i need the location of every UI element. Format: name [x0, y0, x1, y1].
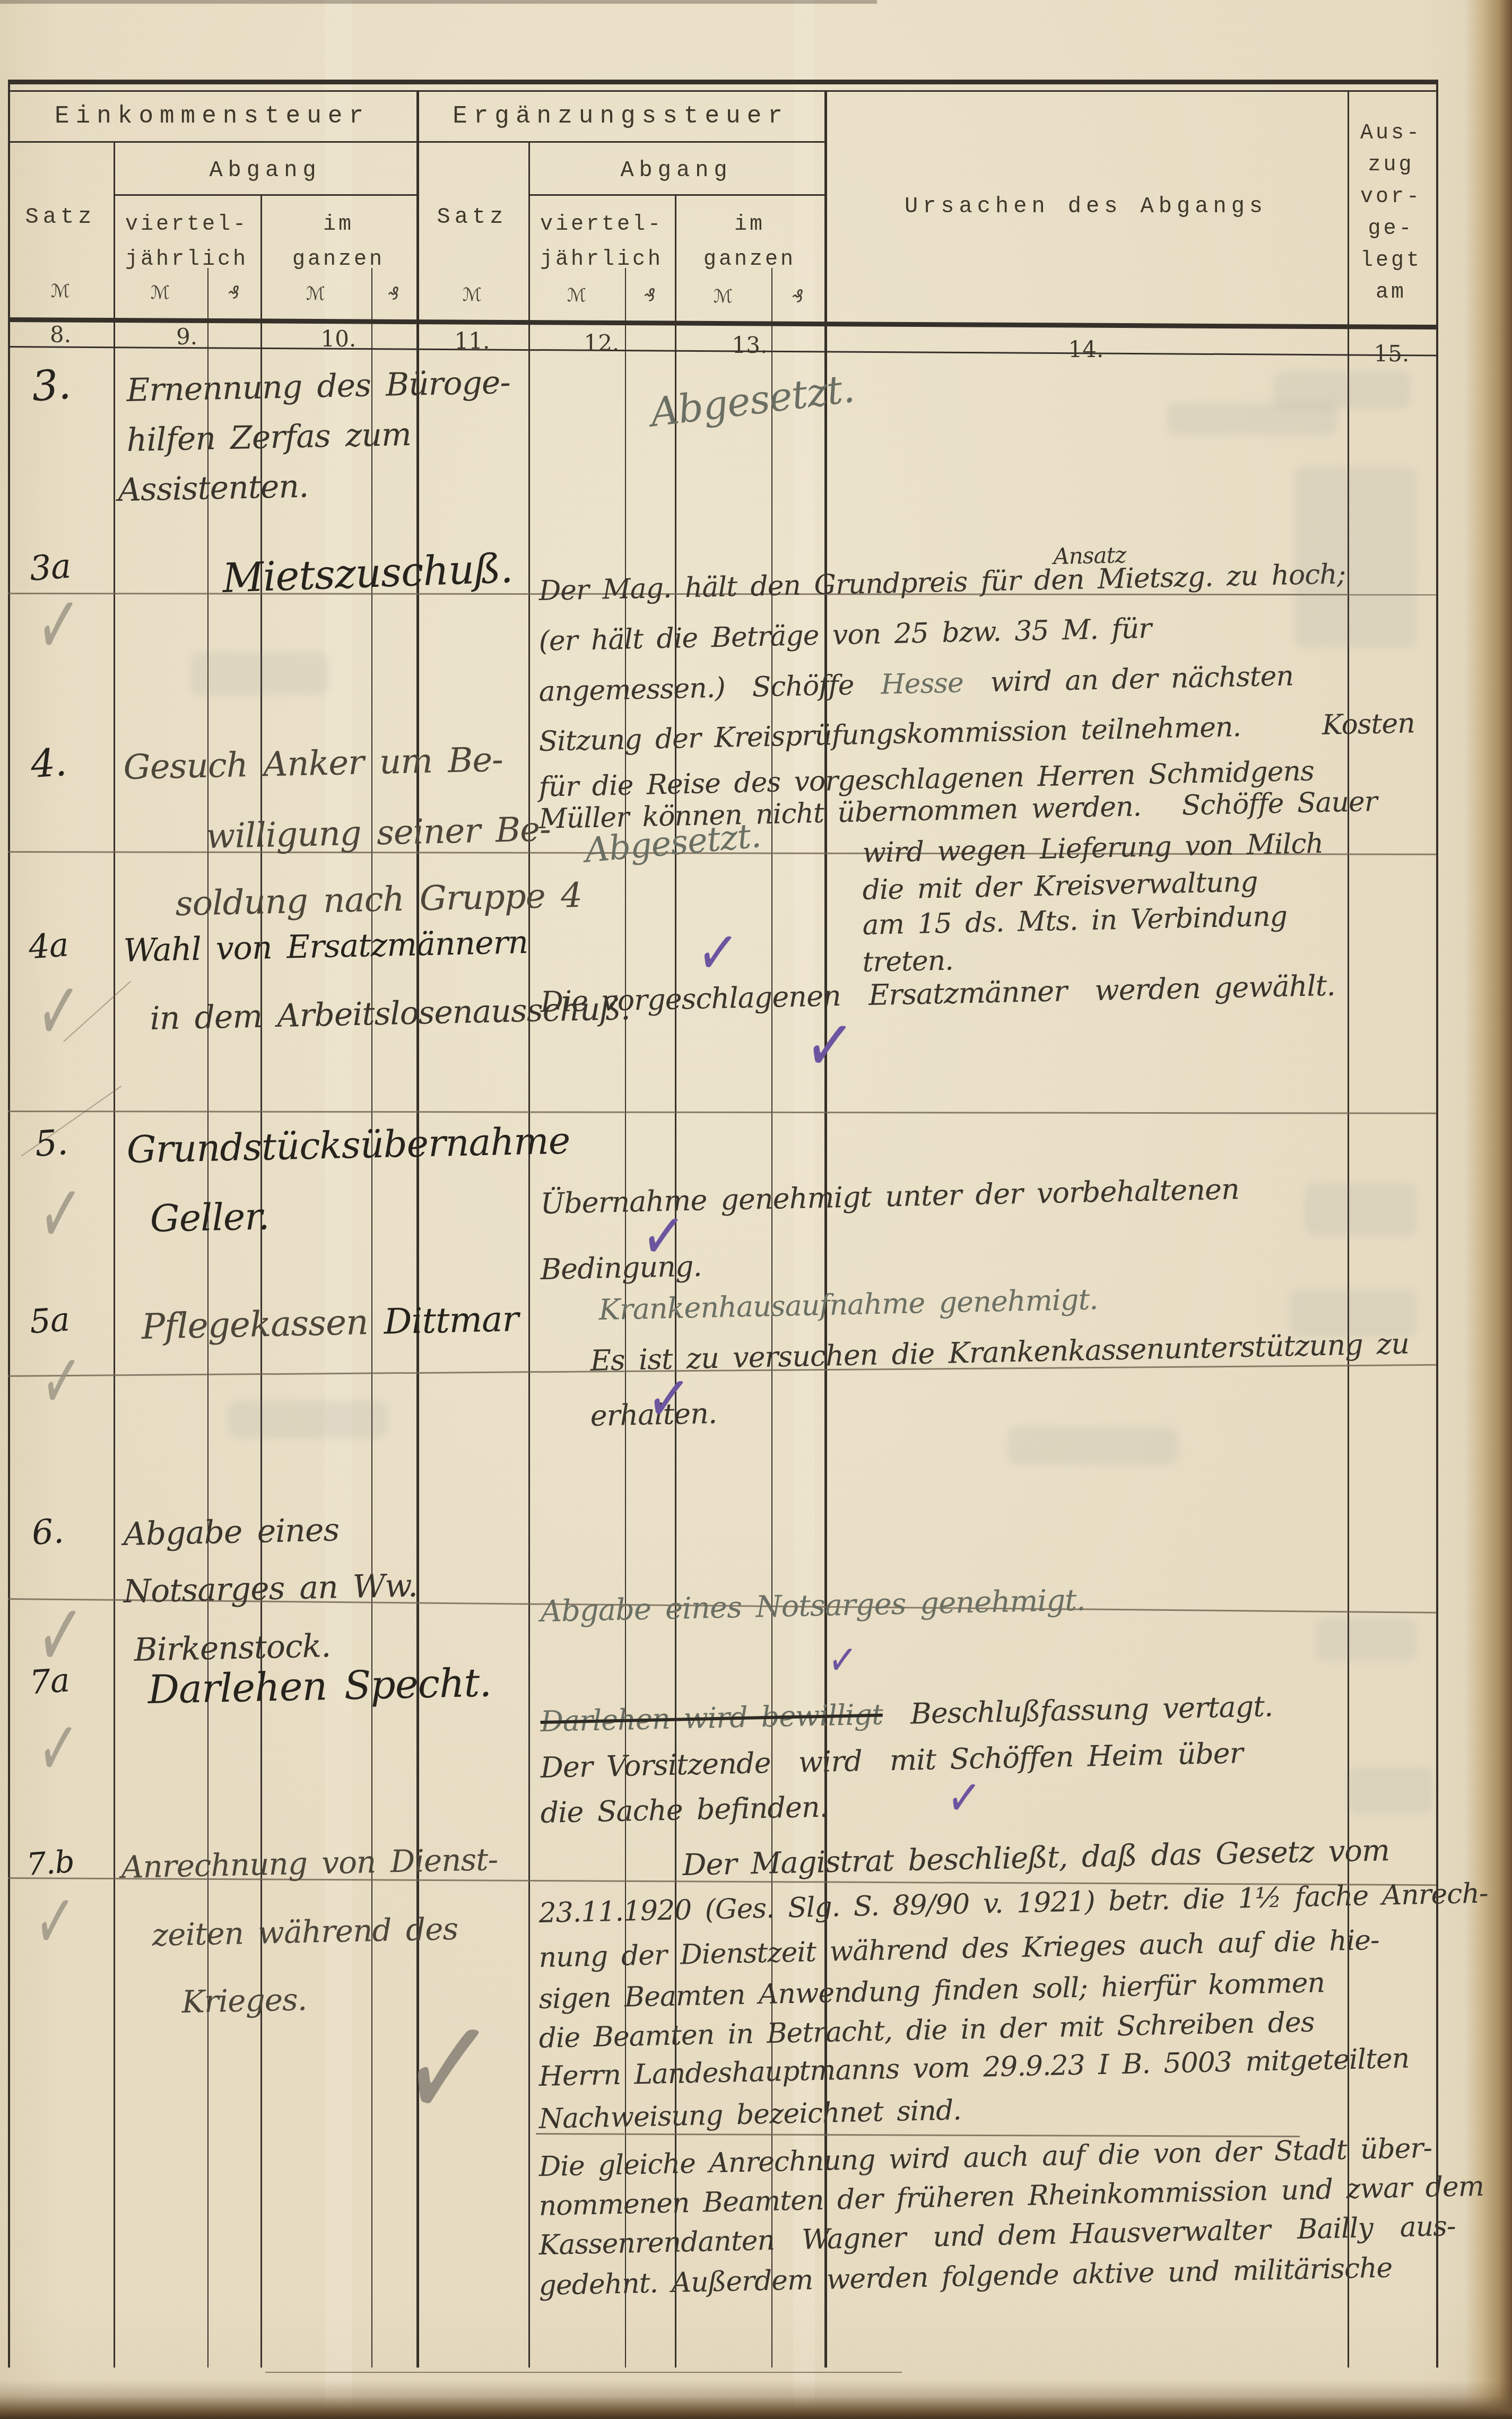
entry-pencil-checkmark: ✓ — [33, 1878, 77, 1966]
entry-subject-line: Mietszuschuß. — [222, 548, 513, 599]
column-number: 10. — [321, 328, 357, 350]
entry-decision-line: sigen Beamten Anwendung finden soll; hie… — [538, 1969, 1325, 2013]
entry-decision-line: Die vorgeschlagenen Ersatzmänner werden … — [540, 972, 1335, 1017]
ink-bleed-through — [1348, 1767, 1432, 1815]
entry-decision-line: die mit der Kreisverwaltung — [862, 868, 1258, 904]
entry-decision-line: Der Vorsitzende wird mit Schöffen Heim ü… — [540, 1739, 1243, 1782]
ledger-page: Einkommensteuer Ergänzungssteuer Satz Sa… — [0, 0, 1512, 2419]
entry-subject-line: Pflegekassen Dittmar — [141, 1302, 519, 1345]
entry-decision-line-part: wird an der nächsten — [963, 660, 1293, 699]
entry-decision-line: Es ist zu versuchen die Krankenkassenunt… — [590, 1330, 1410, 1375]
header-auszug-vorgelegt-am: Aus- — [1360, 123, 1422, 144]
entry-pencil-checkmark: ✓ — [34, 578, 82, 672]
entry-subject-line: Abgabe eines — [123, 1514, 340, 1550]
ink-bleed-through — [191, 653, 329, 695]
header-abgang-ergaenzungssteuer: Abgang — [620, 159, 732, 181]
entry-subject-line: Geller. — [150, 1198, 270, 1237]
table-row-line — [8, 90, 1436, 92]
header-auszug-vorgelegt-am: am — [1376, 282, 1406, 304]
table-column-line — [1436, 80, 1438, 2368]
ink-bleed-through — [1008, 1427, 1178, 1464]
ink-bleed-through — [1289, 1289, 1417, 1337]
header-im-2: im — [734, 214, 765, 236]
column-number: 11. — [455, 330, 490, 352]
table-column-line — [260, 194, 262, 2368]
entry-decision-line-part: Hesse — [881, 667, 963, 700]
entry-decision-line: die Beamten in Betracht, die in der mit … — [538, 2008, 1315, 2052]
entry-decision-line: wird wegen Lieferung von Milch — [862, 830, 1324, 867]
header-auszug-vorgelegt-am: ge- — [1368, 219, 1414, 240]
entry-number: 6. — [31, 1514, 64, 1550]
entry-subject-line: Assistenten. — [118, 470, 309, 506]
entry-decision-line: Der Mag. hält den Grundpreis für den Mie… — [538, 560, 1346, 605]
review-checkmark-purple: ✓ — [802, 1003, 857, 1089]
review-checkmark-large: ✓ — [395, 1979, 501, 2159]
review-checkmark-purple: ✓ — [639, 1198, 688, 1274]
table-row-line — [528, 194, 824, 196]
entry-subject-line: Notsarges an Ww. — [123, 1570, 418, 1608]
table-row-line — [536, 2133, 1300, 2137]
entry-decision-line: Darlehen wird bewilligt Beschlußfassung … — [540, 1692, 1273, 1736]
entry-subject-line: soldung nach Gruppe 4 — [175, 879, 582, 921]
entry-subject-line: Krieges. — [181, 1984, 307, 2017]
currency-symbol-pfennig: ₰ — [792, 288, 804, 306]
entry-decision-line-part: Beschlußfassung vertagt. — [882, 1689, 1273, 1731]
header-auszug-vorgelegt-am: zug — [1368, 155, 1414, 176]
ink-bleed-through — [1294, 467, 1417, 647]
header-auszug-vorgelegt-am: legt — [1360, 250, 1422, 272]
entry-decision-line-part: Darlehen wird bewilligt — [540, 1697, 883, 1738]
entry-subject-line: Grundstücksübernahme — [126, 1122, 570, 1168]
entry-decision-line: Abgabe eines Notsarges genehmigt. — [540, 1585, 1085, 1626]
scan-streak — [325, 0, 352, 2419]
entry-decision-line: nung der Dienstzeit während des Krieges … — [538, 1927, 1379, 1972]
column-number: 12. — [584, 332, 620, 354]
entry-decision-line: (er hält die Beträge von 25 bzw. 35 M. f… — [538, 615, 1151, 655]
header-satz-ergaenzungssteuer: Satz — [437, 206, 508, 228]
header-ergaenzungssteuer: Ergänzungssteuer — [453, 104, 789, 128]
entry-pencil-checkmark: ✓ — [34, 965, 82, 1059]
ink-bleed-through — [1305, 1183, 1417, 1236]
entry-decision-line: gedehnt. Außerdem werden folgende aktive… — [538, 2254, 1393, 2300]
header-ursachen-des-abgangs: Ursachen des Abgangs — [905, 195, 1267, 218]
ink-bleed-through — [1316, 1618, 1417, 1661]
entry-decision-line: am 15 ds. Mts. in Verbindung — [862, 903, 1287, 939]
entry-decision-line-part: (er hält die Beträge von 25 bzw. 35 M. f… — [538, 613, 1152, 657]
header-satz-einkommensteuer: Satz — [25, 206, 96, 228]
entry-subject-line: Ernennung des Büroge- — [126, 367, 510, 406]
entry-number: 5. — [34, 1125, 68, 1162]
entry-decision-line: treten. — [862, 947, 953, 976]
table-column-line — [528, 141, 530, 2368]
page-edge-bottom — [0, 2380, 1512, 2419]
ink-bleed-through — [228, 1401, 387, 1438]
entry-subject-line: Gesuch Anker um Be- — [123, 743, 503, 785]
entry-decision-line: Krankenhausaufnahme genehmigt. — [598, 1285, 1098, 1324]
entry-decision-line: angemessen.) Schöffe Hesse wird an der n… — [538, 662, 1293, 706]
column-number: 8. — [50, 324, 71, 346]
currency-symbol-mark: ℳ — [463, 286, 482, 304]
entry-decision-line: Nachweisung bezeichnet sind. — [538, 2096, 961, 2133]
header-abgang-einkommensteuer: Abgang — [209, 159, 321, 181]
entry-subject-line: zeiten während des — [152, 1913, 458, 1950]
currency-symbol-pfennig: ₰ — [388, 285, 399, 303]
table-row-line — [265, 2372, 902, 2373]
review-checkmark-purple: ✓ — [827, 1636, 858, 1685]
currency-symbol-mark: ℳ — [51, 282, 70, 300]
header-viertel-1: viertel- — [125, 214, 248, 236]
entry-decision-line: Die gleiche Anrechnung wird auch auf die… — [538, 2135, 1432, 2181]
entry-subject-line-part: Dittmar — [384, 1298, 519, 1342]
review-checkmark-purple: ✓ — [694, 918, 741, 989]
table-row-line — [8, 317, 1436, 330]
review-checkmark-purple: ✓ — [644, 1360, 693, 1436]
entry-number: 3. — [30, 364, 72, 408]
header-auszug-vorgelegt-am: vor- — [1360, 187, 1422, 208]
header-jaehrlich-2: jährlich — [540, 249, 663, 271]
header-jaehrlich-1: jährlich — [125, 249, 248, 271]
column-number: 14. — [1068, 339, 1104, 361]
entry-subject-line: Anrechnung von Dienst- — [121, 1844, 498, 1883]
table-column-line — [114, 141, 115, 2368]
table-row-line — [8, 346, 1436, 356]
review-checkmark-purple: ✓ — [945, 1769, 983, 1828]
entry-decision-line: Sitzung der Kreisprüfungskommission teil… — [538, 709, 1415, 756]
page-edge-top — [0, 0, 877, 4]
currency-symbol-mark: ℳ — [306, 285, 325, 303]
header-einkommensteuer: Einkommensteuer — [55, 104, 370, 128]
column-number: 9. — [176, 326, 197, 348]
currency-symbol-mark: ℳ — [151, 284, 170, 302]
entry-pencil-checkmark: ✓ — [37, 1167, 84, 1261]
book-edge-right — [1465, 0, 1512, 2419]
table-row-line — [8, 1111, 1436, 1114]
table-row-line — [416, 141, 824, 143]
entry-decision-line: die Sache befinden. — [540, 1793, 828, 1827]
ink-bleed-through — [1167, 403, 1337, 435]
currency-symbol-mark: ℳ — [567, 287, 586, 305]
entry-decision-line: 23.11.1920 (Ges. Slg. S. 89/90 v. 1921) … — [538, 1880, 1488, 1927]
entry-pencil-checkmark: ✓ — [36, 1705, 81, 1793]
header-ganzen-2: ganzen — [703, 249, 796, 271]
table-row-line — [8, 141, 416, 143]
table-row-line — [114, 194, 416, 196]
currency-symbol-pfennig: ₰ — [644, 287, 656, 305]
table-row-line — [8, 80, 1436, 84]
entry-decision-line-part: angemessen.) Schöffe — [538, 669, 881, 707]
column-number: 13. — [732, 334, 768, 357]
header-ganzen-1: ganzen — [292, 249, 385, 271]
entry-number: 4. — [30, 743, 68, 783]
entry-pencil-checkmark: ✓ — [39, 1338, 84, 1426]
entry-subject-line: willigung seiner Be- — [206, 812, 551, 854]
entry-subject-line: Wahl von Ersatzmännern — [123, 926, 528, 967]
header-im-1: im — [323, 214, 354, 236]
entry-number: 7a — [29, 1663, 71, 1699]
entry-subject-line: Birkenstock. — [134, 1630, 331, 1666]
entry-subject-line: Darlehen Specht. — [147, 1663, 492, 1710]
column-number: 15. — [1374, 343, 1410, 365]
entry-subject-line-part: Pflegekassen — [141, 1301, 384, 1347]
header-viertel-2: viertel- — [540, 214, 663, 236]
entry-subject-line: hilfen Zerfas zum — [126, 419, 411, 456]
entry-decision-line: Der Magistrat beschließt, daß das Gesetz… — [682, 1836, 1390, 1880]
currency-symbol-pfennig: ₰ — [228, 284, 240, 302]
table-column-line — [8, 80, 10, 2368]
currency-symbol-mark: ℳ — [714, 288, 733, 306]
